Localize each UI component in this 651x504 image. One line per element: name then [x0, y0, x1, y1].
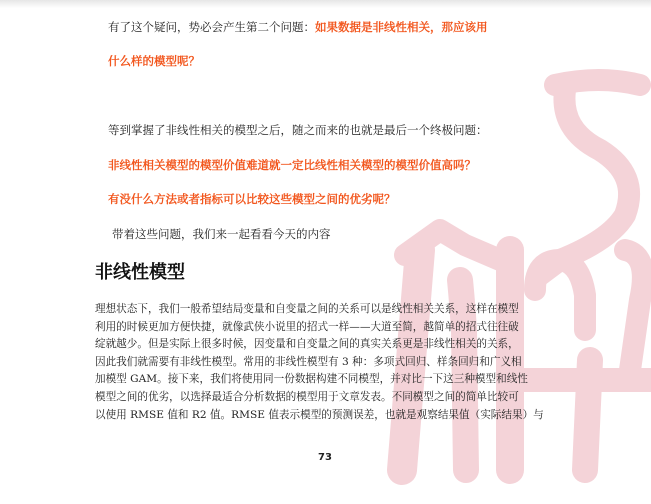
section-heading: 非线性模型	[95, 258, 185, 284]
paragraph-line: 绽就越少。但是实际上很多时候，因变量和自变量之间的真实关系更是非线性相关的关系，	[95, 336, 557, 354]
intro-text: 有了这个疑问，势必会产生第二个问题：	[108, 20, 315, 34]
intro-line-1: 有了这个疑问，势必会产生第二个问题：如果数据是非线性相关，那应该用	[108, 19, 488, 35]
intro-line-2: 什么样的模型呢？	[108, 53, 200, 69]
question-2: 有没什么方法或者指标可以比较这些模型之间的优劣呢？	[108, 191, 396, 207]
paragraph-line: 模型之间的优劣，以选择最适合分析数据的模型用于文章发表。不同模型之间的简单比较可	[95, 389, 557, 407]
paragraph-line: 利用的时候更加方便快捷，就像武侠小说里的招式一样——大道至简，越简单的招式往往破	[95, 319, 557, 337]
paragraph-line: 以使用 RMSE 值和 R2 值。RMSE 值表示模型的预测误差，也就是观察结果…	[95, 407, 557, 425]
question-1: 非线性相关模型的模型价值难道就一定比线性相关模型的模型价值高吗？	[108, 157, 476, 173]
section-paragraph: 理想状态下，我们一般希望结局变量和自变量之间的关系可以是线性相关关系，这样在模型…	[95, 301, 557, 424]
page-number: 73	[318, 452, 332, 463]
paragraph-line: 理想状态下，我们一般希望结局变量和自变量之间的关系可以是线性相关关系，这样在模型	[95, 301, 557, 319]
highlight-question-text: 如果数据是非线性相关，那应该用	[315, 20, 488, 34]
intro-line-3: 等到掌握了非线性相关的模型之后，随之而来的也就是最后一个终极问题：	[108, 122, 488, 138]
paragraph-line: 加模型 GAM。接下来，我们将使用同一份数据构建不同模型，并对比一下这三种模型和…	[95, 371, 557, 389]
paragraph-line: 因此我们就需要有非线性模型。常用的非线性模型有 3 种：多项式回归、样条回归和广…	[95, 354, 557, 372]
closing-line: 带着这些问题，我们来一起看看今天的内容	[112, 226, 331, 242]
